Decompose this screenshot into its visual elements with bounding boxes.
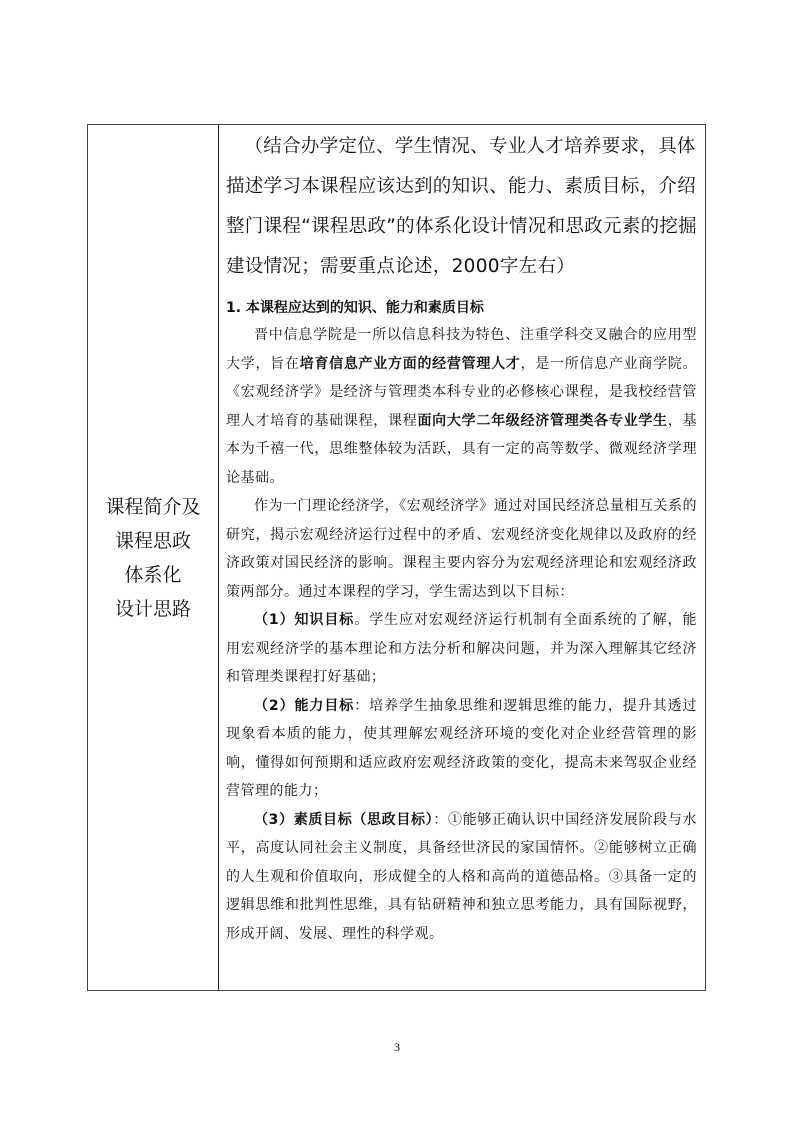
- paragraph-knowledge-goal: （1）知识目标。学生应对宏观经济运行机制有全面系统的了解，能用宏观经济学的基本理…: [226, 606, 697, 692]
- section-heading: 1. 本课程应达到的知识、能力和素质目标: [226, 295, 697, 321]
- row-label-line: 课程简介及: [105, 490, 200, 524]
- body-text: ：①能够正确认识中国经济发展阶段与水平，高度认同社会主义制度，具备经世济民的家国…: [226, 812, 697, 942]
- column-divider: [218, 125, 219, 990]
- course-design-table: 课程简介及 课程思政 体系化 设计思路 （结合办学定位、学生情况、专业人才培养要…: [87, 124, 706, 991]
- row-label-line: 体系化: [124, 558, 181, 592]
- emphasis-text: （1）知识目标: [254, 612, 354, 628]
- page-number: 3: [0, 1040, 794, 1055]
- row-label-cell: 课程简介及 课程思政 体系化 设计思路: [88, 125, 218, 990]
- paragraph: 作为一门理论经济学，《宏观经济学》通过对国民经济总量相互关系的研究，揭示宏观经济…: [226, 492, 697, 606]
- row-label-line: 课程思政: [115, 524, 191, 558]
- body-text: 作为一门理论经济学，《宏观经济学》通过对国民经济总量相互关系的研究，揭示宏观经济…: [226, 498, 697, 600]
- emphasis-text: 培育信息产业方面的经营管理人才: [300, 356, 521, 372]
- emphasis-text: 面向大学二年级经济管理类各专业学生: [417, 413, 667, 429]
- emphasis-text: （2）能力目标: [254, 698, 354, 714]
- content-cell: （结合办学定位、学生情况、专业人才培养要求，具体描述学习本课程应该达到的知识、能…: [226, 125, 697, 948]
- instructions-text: （结合办学定位、学生情况、专业人才培养要求，具体描述学习本课程应该达到的知识、能…: [226, 127, 697, 287]
- paragraph-quality-goal: （3）素质目标（思政目标）：①能够正确认识中国经济发展阶段与水平，高度认同社会主…: [226, 806, 697, 949]
- paragraph-ability-goal: （2）能力目标：培养学生抽象思维和逻辑思维的能力，提升其透过现象看本质的能力，使…: [226, 692, 697, 806]
- emphasis-text: （3）素质目标（思政目标）: [254, 812, 433, 828]
- paragraph: 晋中信息学院是一所以信息科技为特色、注重学科交叉融合的应用型大学，旨在培育信息产…: [226, 321, 697, 492]
- row-label-line: 设计思路: [115, 592, 191, 626]
